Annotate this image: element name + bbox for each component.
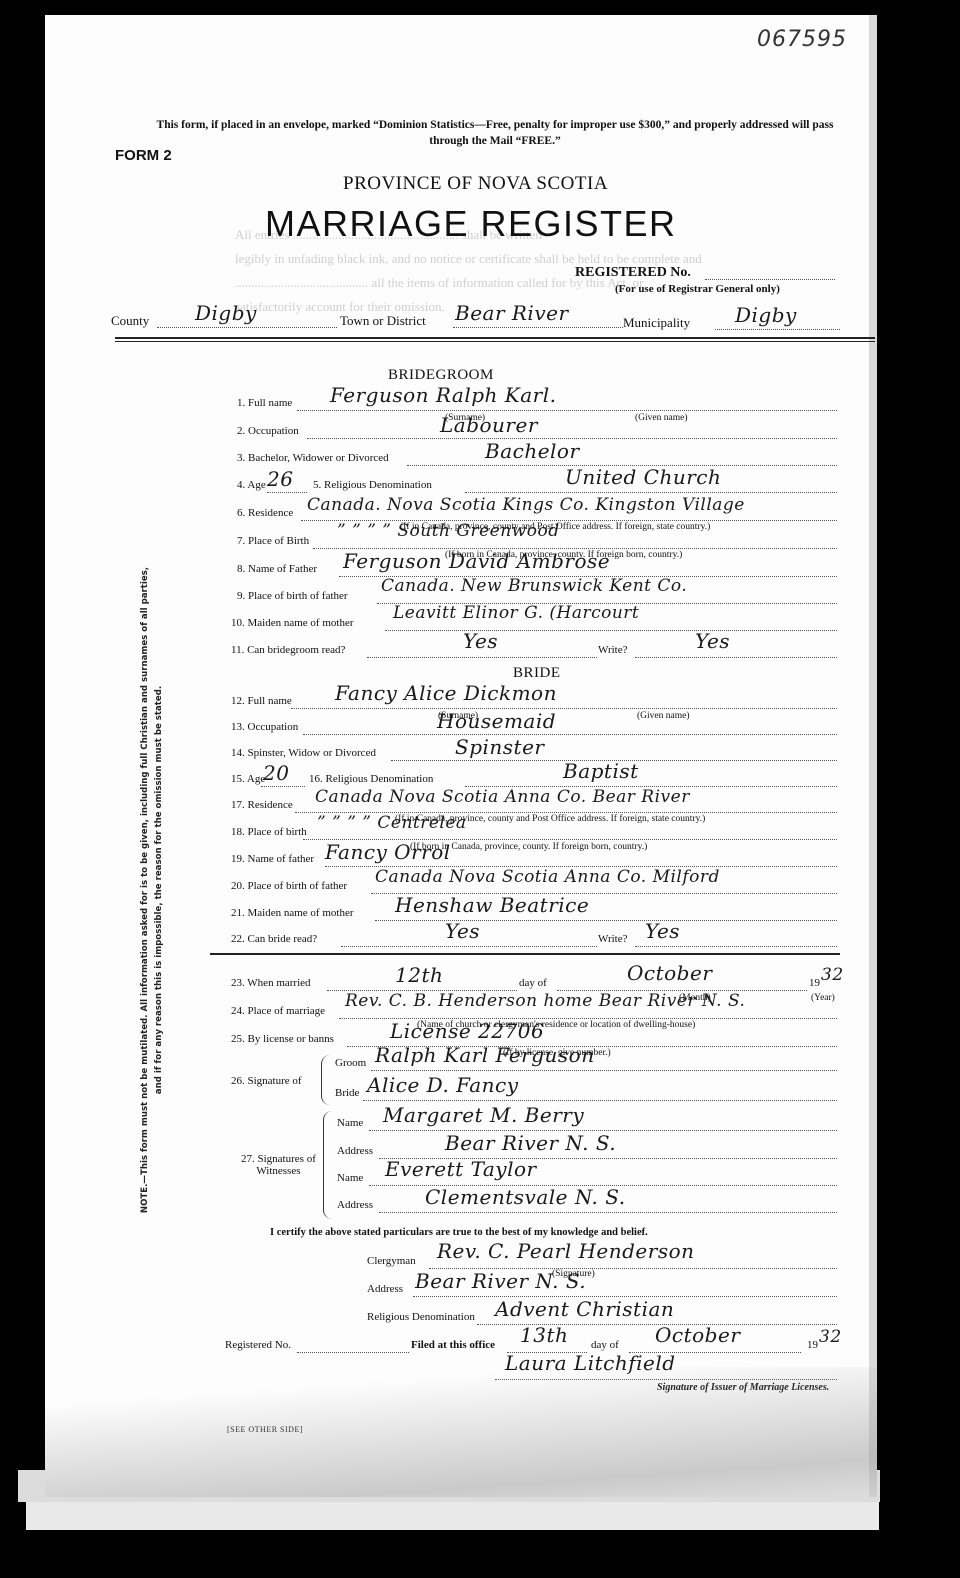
- field-label: 21. Maiden name of mother: [231, 907, 354, 919]
- page-curl-shadow: [45, 1367, 877, 1497]
- groom-age-field[interactable]: [267, 492, 307, 493]
- groom-can-write-value: Yes: [695, 629, 730, 653]
- field-label: 23. When married: [231, 977, 311, 989]
- field-label: 2. Occupation: [237, 425, 299, 437]
- bride-can-read-field[interactable]: [341, 946, 597, 947]
- year-prefix: 19: [809, 977, 820, 989]
- witnesses-label: 27. Signatures of Witnesses: [241, 1153, 316, 1177]
- bride-signature-field[interactable]: [363, 1100, 837, 1101]
- groom-can-read-value: Yes: [463, 629, 498, 653]
- bride-can-write-field[interactable]: [635, 946, 837, 947]
- bride-father-birthplace-value: Canada Nova Scotia Anna Co. Milford: [375, 867, 720, 887]
- groom-can-write-field[interactable]: [635, 657, 837, 658]
- bride-birthplace-value: ” ” ” ” Centrelea: [317, 813, 467, 833]
- groom-mother-maiden-name-value: Leavitt Elinor G. (Harcourt: [393, 603, 639, 623]
- groom-father-name-value: Ferguson David Ambrose: [343, 549, 610, 573]
- form-title: MARRIAGE REGISTER: [265, 203, 677, 245]
- brace: [323, 1111, 332, 1219]
- groom-birthplace-value: ” ” ” ” South Greenwood: [337, 521, 560, 541]
- field-label: 16. Religious Denomination: [309, 773, 433, 785]
- bride-father-name-value: Fancy Orrol: [325, 840, 451, 864]
- witness1-name-value: Margaret M. Berry: [383, 1103, 584, 1127]
- stamp-number: 067595: [757, 27, 847, 52]
- marriage-register-form: All entries ............................…: [45, 15, 877, 1497]
- field-label: 15. Age: [231, 773, 265, 785]
- bride-age-field[interactable]: [261, 786, 305, 787]
- groom-religion-field[interactable]: [465, 492, 837, 493]
- filed-year-prefix: 19: [807, 1339, 818, 1351]
- field-label: 7. Place of Birth: [237, 535, 309, 547]
- field-label: 22. Can bride read?: [231, 933, 317, 945]
- field-label: 20. Place of birth of father: [231, 880, 347, 892]
- clergy-address-label: Address: [367, 1283, 403, 1295]
- witness-name-label: Name: [337, 1117, 363, 1129]
- clergyman-signature-value: Rev. C. Pearl Henderson: [437, 1239, 695, 1263]
- clergyman-label: Clergyman: [367, 1255, 416, 1267]
- certification-statement: I certify the above stated particulars a…: [270, 1227, 648, 1238]
- municipality-field[interactable]: [715, 329, 840, 330]
- given-name-hint: (Given name): [637, 711, 690, 721]
- field-label: 12. Full name: [231, 695, 292, 707]
- bride-occupation-field[interactable]: [303, 734, 837, 735]
- town-value: Bear River: [455, 301, 569, 325]
- given-name-hint: (Given name): [635, 413, 688, 423]
- filed-day-of-label: day of: [591, 1339, 619, 1351]
- bride-marital-status-value: Spinster: [455, 735, 544, 759]
- witness-name-label: Name: [337, 1172, 363, 1184]
- groom-mother-maiden-name-field[interactable]: [385, 630, 837, 631]
- witness-address-label: Address: [337, 1145, 373, 1157]
- marriage-month-value: October: [627, 961, 712, 985]
- witness2-address-value: Clementsvale N. S.: [425, 1185, 626, 1209]
- groom-occupation-value: Labourer: [440, 413, 538, 437]
- registered-no-field[interactable]: [297, 1352, 409, 1353]
- groom-full-name-value: Ferguson Ralph Karl.: [330, 383, 556, 407]
- municipality-value: Digby: [735, 303, 797, 327]
- groom-father-birthplace-value: Canada. New Brunswick Kent Co.: [381, 576, 687, 596]
- field-label: 13. Occupation: [231, 721, 298, 733]
- witnesses-label-line1: 27. Signatures of: [241, 1153, 316, 1165]
- clergy-denomination-value: Advent Christian: [495, 1297, 674, 1321]
- field-label: Write?: [598, 644, 627, 656]
- groom-label: Groom: [335, 1057, 366, 1069]
- bride-mother-maiden-name-value: Henshaw Beatrice: [395, 893, 589, 917]
- clergy-denomination-label: Religious Denomination: [367, 1311, 475, 1323]
- groom-signature-field[interactable]: [371, 1070, 837, 1071]
- field-label: 6. Residence: [237, 507, 293, 519]
- filed-day-value: 13th: [520, 1323, 568, 1347]
- field-label: 10. Maiden name of mother: [231, 617, 354, 629]
- town-label: Town or District: [340, 313, 426, 329]
- field-label: 9. Place of birth of father: [237, 590, 348, 602]
- county-label: County: [111, 313, 149, 329]
- bride-residence-value: Canada Nova Scotia Anna Co. Bear River: [315, 787, 690, 807]
- bride-can-write-value: Yes: [645, 919, 680, 943]
- filed-month-value: October: [655, 1323, 740, 1347]
- field-label: 14. Spinster, Widow or Divorced: [231, 747, 376, 759]
- filed-label: Filed at this office: [411, 1339, 495, 1351]
- bride-divider: [210, 953, 840, 955]
- header-divider: [115, 337, 875, 342]
- field-label: 11. Can bridegroom read?: [231, 644, 345, 656]
- groom-marital-status-value: Bachelor: [485, 439, 580, 463]
- bride-can-read-value: Yes: [445, 919, 480, 943]
- field-label: Write?: [598, 933, 627, 945]
- field-label: 3. Bachelor, Widower or Divorced: [237, 452, 389, 464]
- town-field[interactable]: [453, 327, 623, 328]
- county-value: Digby: [195, 301, 257, 325]
- county-field[interactable]: [157, 327, 337, 328]
- province-heading: PROVINCE OF NOVA SCOTIA: [343, 173, 608, 195]
- bride-label: Bride: [335, 1087, 359, 1099]
- field-label: day of: [519, 977, 547, 989]
- registered-number-field[interactable]: [705, 279, 835, 280]
- side-note: NOTE.—This form must not be mutilated. A…: [138, 560, 166, 1220]
- field-label: 8. Name of Father: [237, 563, 317, 575]
- postal-notice: This form, if placed in an envelope, mar…: [155, 117, 835, 149]
- groom-signature-value: Ralph Karl Ferguson: [375, 1043, 595, 1067]
- marriage-day-value: 12th: [395, 963, 443, 987]
- signature-of-label: 26. Signature of: [231, 1075, 302, 1087]
- field-label: 1. Full name: [237, 397, 292, 409]
- registered-number-note: (For use of Registrar General only): [615, 283, 780, 295]
- clergy-address-value: Bear River N. S.: [415, 1269, 586, 1293]
- registered-no-label: Registered No.: [225, 1339, 291, 1351]
- registered-number-label: REGISTERED No.: [575, 265, 691, 281]
- bridegroom-heading: BRIDEGROOM: [388, 367, 494, 384]
- bride-full-name-value: Fancy Alice Dickmon: [335, 681, 557, 705]
- marriage-year-value: 32: [821, 965, 844, 985]
- bride-religion-value: Baptist: [563, 759, 639, 783]
- field-label: 25. By license or banns: [231, 1033, 334, 1045]
- witness2-name-value: Everett Taylor: [385, 1157, 537, 1181]
- year-hint: (Year): [811, 993, 835, 1003]
- place-of-marriage-value: Rev. C. B. Henderson home Bear River N. …: [345, 991, 745, 1011]
- bride-signature-value: Alice D. Fancy: [367, 1073, 519, 1097]
- groom-can-read-field[interactable]: [367, 657, 597, 658]
- witness2-address-field[interactable]: [379, 1212, 837, 1213]
- groom-full-name-field[interactable]: [297, 410, 837, 411]
- bride-age-value: 20: [263, 761, 289, 785]
- bride-full-name-field[interactable]: [291, 708, 837, 709]
- form-number: FORM 2: [115, 147, 172, 164]
- field-label: 4. Age: [237, 479, 266, 491]
- witness-address-label: Address: [337, 1199, 373, 1211]
- filed-year-value: 32: [819, 1327, 842, 1347]
- groom-religion-value: United Church: [565, 465, 721, 489]
- field-label: 18. Place of birth: [231, 826, 307, 838]
- groom-age-value: 26: [267, 467, 293, 491]
- field-label: 5. Religious Denomination: [313, 479, 432, 491]
- field-label: 24. Place of marriage: [231, 1005, 325, 1017]
- bride-occupation-value: Housemaid: [437, 709, 556, 733]
- field-label: 19. Name of father: [231, 853, 314, 865]
- brace: [321, 1055, 330, 1105]
- municipality-label: Municipality: [623, 315, 690, 331]
- witnesses-label-line2: Witnesses: [256, 1165, 300, 1177]
- witness1-address-value: Bear River N. S.: [445, 1131, 616, 1155]
- license-value: License 22706: [390, 1019, 544, 1043]
- bride-heading: BRIDE: [513, 665, 561, 682]
- groom-residence-value: Canada. Nova Scotia Kings Co. Kingston V…: [307, 495, 745, 515]
- field-label: 17. Residence: [231, 799, 293, 811]
